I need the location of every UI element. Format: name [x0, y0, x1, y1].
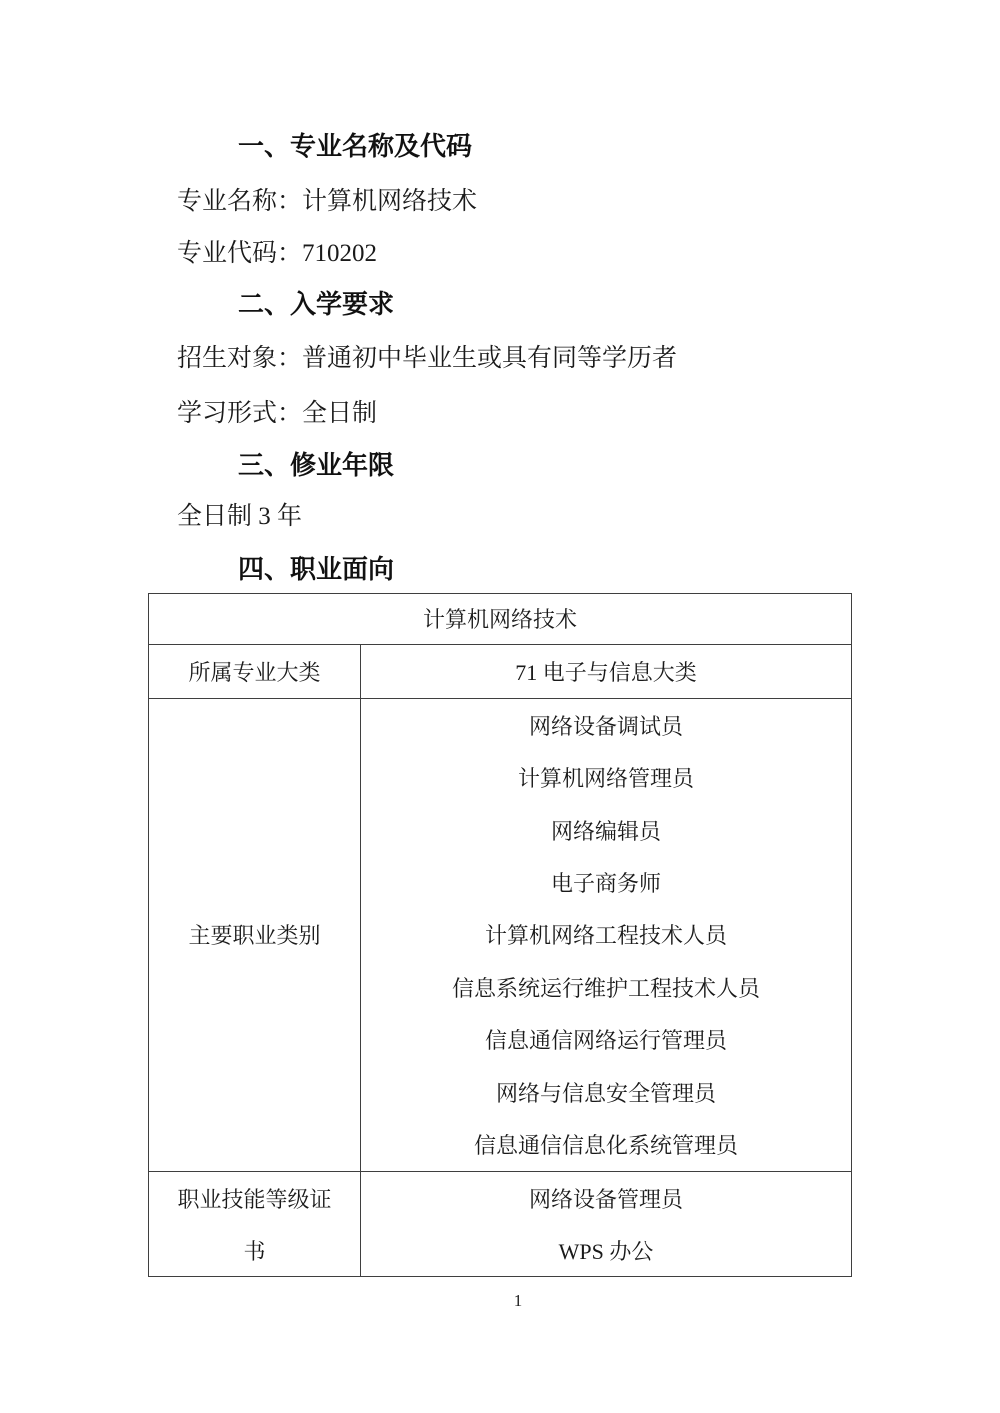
category-label: 所属专业大类 — [149, 645, 360, 698]
occupation-item: 网络设备调试员 — [361, 699, 851, 751]
occupation-item: 电子商务师 — [361, 856, 851, 908]
section-heading-admission: 二、入学要求 — [238, 290, 394, 319]
duration-line: 全日制 3 年 — [177, 503, 302, 531]
section-heading-career: 四、职业面向 — [238, 555, 394, 584]
major-code-line: 专业代码：710202 — [177, 240, 377, 268]
table-row-category: 所属专业大类 71 电子与信息大类 — [149, 645, 851, 699]
certificates-label-line-2: 书 — [149, 1224, 360, 1276]
career-orientation-table: 计算机网络技术 所属专业大类 71 电子与信息大类 主要职业类别 网络设备调试员… — [148, 593, 852, 1277]
occupations-value-cell: 网络设备调试员 计算机网络管理员 网络编辑员 电子商务师 计算机网络工程技术人员… — [361, 699, 851, 1171]
certificate-item: WPS 办公 — [361, 1224, 851, 1276]
occupation-item: 信息通信信息化系统管理员 — [361, 1119, 851, 1171]
table-title: 计算机网络技术 — [149, 594, 851, 644]
occupation-item: 网络与信息安全管理员 — [361, 1066, 851, 1118]
enrollment-target-line: 招生对象：普通初中毕业生或具有同等学历者 — [177, 345, 677, 373]
major-name-line: 专业名称：计算机网络技术 — [177, 188, 477, 216]
certificates-label-line-1: 职业技能等级证 — [149, 1172, 360, 1224]
study-form-line: 学习形式：全日制 — [177, 400, 377, 428]
section-heading-duration: 三、修业年限 — [238, 451, 394, 480]
occupation-item: 网络编辑员 — [361, 804, 851, 856]
table-row-occupations: 主要职业类别 网络设备调试员 计算机网络管理员 网络编辑员 电子商务师 计算机网… — [149, 699, 851, 1172]
category-value-cell: 71 电子与信息大类 — [361, 645, 851, 698]
section-heading-major-name-code: 一、专业名称及代码 — [238, 132, 472, 161]
occupations-label: 主要职业类别 — [149, 699, 360, 1171]
occupation-item: 信息通信网络运行管理员 — [361, 1014, 851, 1066]
occupation-item: 计算机网络管理员 — [361, 751, 851, 803]
certificates-value-cell: 网络设备管理员 WPS 办公 — [361, 1172, 851, 1276]
occupation-item: 信息系统运行维护工程技术人员 — [361, 961, 851, 1013]
occupations-label-cell: 主要职业类别 — [149, 699, 361, 1171]
category-label-cell: 所属专业大类 — [149, 645, 361, 698]
certificates-label-cell: 职业技能等级证 书 — [149, 1172, 361, 1276]
category-value: 71 电子与信息大类 — [361, 645, 851, 698]
table-title-row: 计算机网络技术 — [149, 594, 851, 645]
certificate-item: 网络设备管理员 — [361, 1172, 851, 1224]
document-page: 一、专业名称及代码 专业名称：计算机网络技术 专业代码：710202 二、入学要… — [0, 0, 1000, 1413]
occupation-item: 计算机网络工程技术人员 — [361, 909, 851, 961]
page-number: 1 — [514, 1291, 523, 1311]
table-row-certificates: 职业技能等级证 书 网络设备管理员 WPS 办公 — [149, 1172, 851, 1276]
